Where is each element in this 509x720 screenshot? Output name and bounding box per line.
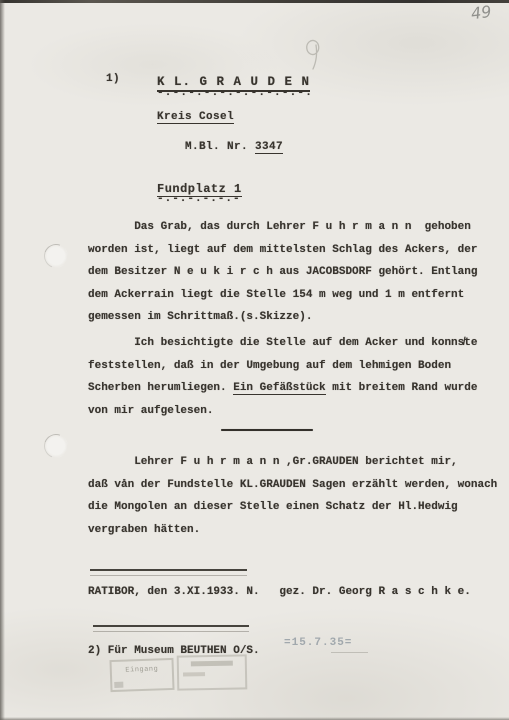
signature-line: RATIBOR, den 3.XI.1933. N. gez. Dr. Geor… bbox=[88, 581, 471, 604]
paragraph-line: dem Ackerrain liegt die Stelle 154 m weg… bbox=[88, 284, 477, 307]
paragraph-line: dem Besitzer N e u k i r c h aus JACOBSD… bbox=[88, 261, 477, 284]
section-divider bbox=[221, 429, 313, 431]
scanned-document-page: 49 1) K L. G R A U D E N -.-.-.-.-.-.-.-… bbox=[0, 0, 509, 720]
map-sheet-number: 3347 bbox=[255, 141, 283, 154]
faded-stamp-text-line bbox=[183, 672, 205, 676]
district: Kreis Cosel bbox=[157, 111, 234, 124]
pencil-mark bbox=[300, 34, 324, 74]
scan-edge-top bbox=[0, 0, 509, 3]
paragraph-line: von mir aufgelesen. bbox=[88, 400, 477, 423]
handwritten-page-number: 49 bbox=[470, 2, 493, 23]
eingang-stamp-mark bbox=[114, 682, 123, 688]
text-run: Scherben herumliegen. bbox=[88, 382, 233, 394]
paragraph-line: Scherben herumliegen. Ein Gefäßstück mit… bbox=[88, 377, 477, 400]
date-stamp-underline bbox=[331, 652, 368, 653]
underlined-text-run: Ein Gefäßstück bbox=[233, 382, 325, 395]
paragraph-line: gemessen im Schrittmaß.(s.Skizze). bbox=[88, 306, 477, 329]
punch-hole bbox=[40, 240, 72, 272]
map-sheet-line: M.Bl. Nr. 3347 bbox=[157, 129, 283, 165]
paragraph-3: Lehrer F u h r m a n n ,Gr.GRAUDEN beric… bbox=[88, 451, 497, 541]
faded-stamp-text-line bbox=[191, 661, 233, 667]
punch-hole bbox=[40, 430, 72, 462]
map-sheet-label: M.Bl. Nr. bbox=[185, 141, 255, 153]
paragraph-line: Ich besichtigte die Stelle auf dem Acker… bbox=[88, 332, 477, 355]
entry-number: 1) bbox=[106, 73, 120, 85]
scan-edge-left bbox=[0, 0, 5, 720]
district-wrap: Kreis Cosel bbox=[157, 106, 234, 124]
paragraph-line: feststellen, daß in der Umgebung auf dem… bbox=[88, 355, 477, 378]
eingang-stamp: Eingang bbox=[109, 658, 174, 692]
signature-rule-bottom bbox=[93, 625, 249, 632]
paragraph-2: Ich besichtigte die Stelle auf dem Acker… bbox=[88, 332, 477, 422]
signature-rule-top bbox=[90, 569, 247, 576]
site-title-rule: -.-.-.-.-.-.-.-.-.-. bbox=[157, 87, 313, 99]
text-run: mit breitem Rand wurde bbox=[326, 382, 478, 394]
paragraph-line: vergraben hätten. bbox=[88, 519, 497, 542]
date-stamp: =15.7.35= bbox=[284, 637, 352, 649]
paragraph-line: daß vån der Fundstelle KL.GRAUDEN Sagen … bbox=[88, 474, 497, 497]
findspot-heading-rule: -.-.-.-.-.- bbox=[157, 193, 241, 205]
eingang-stamp-text: Eingang bbox=[112, 665, 172, 675]
faded-stamp bbox=[177, 654, 248, 690]
paragraph-line: Das Grab, das durch Lehrer F u h r m a n… bbox=[88, 216, 477, 239]
paragraph-line: die Mongolen an dieser Stelle einen Scha… bbox=[88, 496, 497, 519]
paragraph-line: Lehrer F u h r m a n n ,Gr.GRAUDEN beric… bbox=[88, 451, 497, 474]
paragraph-1: Das Grab, das durch Lehrer F u h r m a n… bbox=[88, 216, 477, 329]
paragraph-line: worden ist, liegt auf dem mittelsten Sch… bbox=[88, 239, 477, 262]
